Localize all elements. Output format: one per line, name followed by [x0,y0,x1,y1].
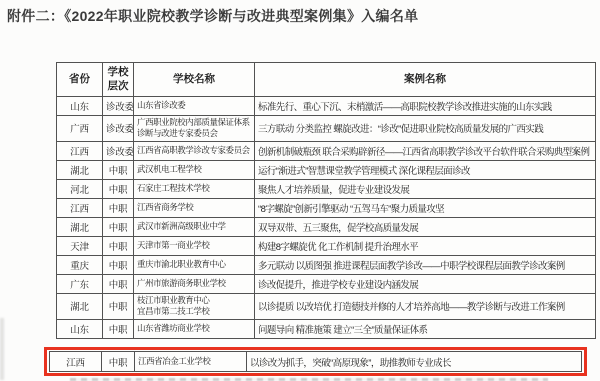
cell-province: 江西 [50,352,102,372]
cell-province: 天津 [57,236,103,255]
cell-level: 中职 [103,217,134,236]
cell-school: 广西职业院校内部质量保证体系 诊断与改进专家委员会 [134,116,255,142]
cell-school: 山东省潍坊商业学校 [134,319,255,338]
cases-table: 省份 学校层次 学校名称 案例名称 山东诊改委山东省诊改委标准先行、重心下沉、末… [56,62,596,339]
scan-edge-smudge [0,318,4,380]
cell-province: 山东 [57,319,103,338]
cell-level: 中职 [103,179,134,198]
cell-school: 江西省高职教学诊改专家委员会 [134,141,255,160]
cell-province: 湖北 [57,217,103,236]
cell-case: 诊改促提升，推进学校专业建设内涵发展 [255,274,596,293]
cell-case: 以诊提质 以改培优 打造德技并修的人才培养高地——教学诊断与改进工作案例 [255,293,596,319]
table-row: 湖北中职武汉市新洲高级职业中学双导双带、五三聚焦，促学校高质量发展 [57,217,596,236]
table-row: 重庆中职重庆市渝北职业教育中心多元联动 以质图强 推进课程层面教学诊改——中职学… [57,255,596,274]
header-province: 省份 [57,63,103,97]
cell-level: 诊改委 [103,116,134,142]
cell-level: 中职 [103,255,134,274]
cell-province: 江西 [57,141,103,160]
cell-level: 中职 [103,274,134,293]
table-row: 江西中职江西省商务学校“8字螺旋”创新引擎驱动 “五驾马车”聚力质量攻坚 [57,198,596,217]
cell-province: 湖北 [57,293,103,319]
header-level: 学校层次 [103,63,134,97]
table-row: 山东诊改委山东省诊改委标准先行、重心下沉、末梢激活——高职院校教学诊改推进实施的… [57,97,596,116]
table-row: 广西诊改委广西职业院校内部质量保证体系 诊断与改进专家委员会三方联动 分类监控 … [57,116,596,142]
cell-level: 中职 [103,198,134,217]
table-row: 天津中职天津市第一商业学校构建8字螺旋优 化工作机制 提升治理水平 [57,236,596,255]
cell-school: 江西省商务学校 [134,198,255,217]
cell-case: 双导双带、五三聚焦，促学校高质量发展 [255,217,596,236]
table-row: 山东中职山东省潍坊商业学校问题导向 精准施策 建立“三全”质量保证体系 [57,319,596,338]
cell-case: 以诊改为抓手，突破“高原现象”，助推教师专业成长 [247,352,582,372]
table-row: 湖北中职武汉机电工程学校运行“渐进式”智慧课堂教学管理模式 深化课程层面诊改 [57,160,596,179]
cell-school: 广州市旅游商务职业学校 [134,274,255,293]
cell-school: 江西省冶金工业学校 [135,352,247,372]
cell-province: 河北 [57,179,103,198]
cell-level: 中职 [103,319,134,338]
cell-school: 枝江市职业教育中心 宜昌市第二技工学校 [134,293,255,319]
cell-case: 创新机制破瓶颈 联合采购辟新径——江西省高职教学诊改平台软件联合采购典型案例 [255,141,596,160]
cell-level: 中职 [103,236,134,255]
cell-province: 广东 [57,274,103,293]
header-school: 学校名称 [134,63,255,97]
cell-case: “8字螺旋”创新引擎驱动 “五驾马车”聚力质量攻坚 [255,198,596,217]
cell-case: 运行“渐进式”智慧课堂教学管理模式 深化课程层面诊改 [255,160,596,179]
cell-school: 山东省诊改委 [134,97,255,116]
table-row: 河北中职石家庄工程技术学校聚焦人才培养质量，促进专业建设发展 [57,179,596,198]
cell-level: 中职 [103,293,134,319]
header-row: 省份 学校层次 学校名称 案例名称 [57,63,596,97]
highlighted-row-table: 江西 中职 江西省冶金工业学校 以诊改为抓手，突破“高原现象”，助推教师专业成长 [49,351,582,372]
cell-case: 构建8字螺旋优 化工作机制 提升治理水平 [255,236,596,255]
highlight-box: 江西 中职 江西省冶金工业学校 以诊改为抓手，突破“高原现象”，助推教师专业成长 [44,347,587,376]
cell-province: 重庆 [57,255,103,274]
cell-case: 多元联动 以质图强 推进课程层面教学诊改——中职学校课程层面教学诊改案例 [255,255,596,274]
cell-case: 标准先行、重心下沉、末梢激活——高职院校教学诊改推进实施的山东实践 [255,97,596,116]
table-row: 江西诊改委江西省高职教学诊改专家委员会创新机制破瓶颈 联合采购辟新径——江西省高… [57,141,596,160]
cell-school: 天津市第一商业学校 [134,236,255,255]
cell-school: 武汉机电工程学校 [134,160,255,179]
cell-school: 重庆市渝北职业教育中心 [134,255,255,274]
header-case: 案例名称 [255,63,596,97]
cell-level: 中职 [102,352,135,372]
cell-school: 武汉市新洲高级职业中学 [134,217,255,236]
table-row: 湖北中职枝江市职业教育中心 宜昌市第二技工学校以诊提质 以改培优 打造德技并修的… [57,293,596,319]
cell-case: 聚焦人才培养质量，促进专业建设发展 [255,179,596,198]
cell-province: 广西 [57,116,103,142]
cell-case: 三方联动 分类监控 螺旋改进：“诊改”促进职业院校高质量发展的广西实践 [255,116,596,142]
cell-province: 湖北 [57,160,103,179]
table-row: 广东中职广州市旅游商务职业学校诊改促提升，推进学校专业建设内涵发展 [57,274,596,293]
cell-province: 江西 [57,198,103,217]
cell-level: 中职 [103,160,134,179]
highlighted-row: 江西 中职 江西省冶金工业学校 以诊改为抓手，突破“高原现象”，助推教师专业成长 [50,352,582,372]
cell-school: 石家庄工程技术学校 [134,179,255,198]
page-title: 附件二：《2022年职业院校教学诊断与改进典型案例集》入编名单 [7,6,418,26]
cell-province: 山东 [57,97,103,116]
cell-level: 诊改委 [103,97,134,116]
cell-level: 诊改委 [103,141,134,160]
document-page: 附件二：《2022年职业院校教学诊断与改进典型案例集》入编名单 省份 学校层次 … [0,0,600,381]
cell-case: 问题导向 精准施策 建立“三全”质量保证体系 [255,319,596,338]
